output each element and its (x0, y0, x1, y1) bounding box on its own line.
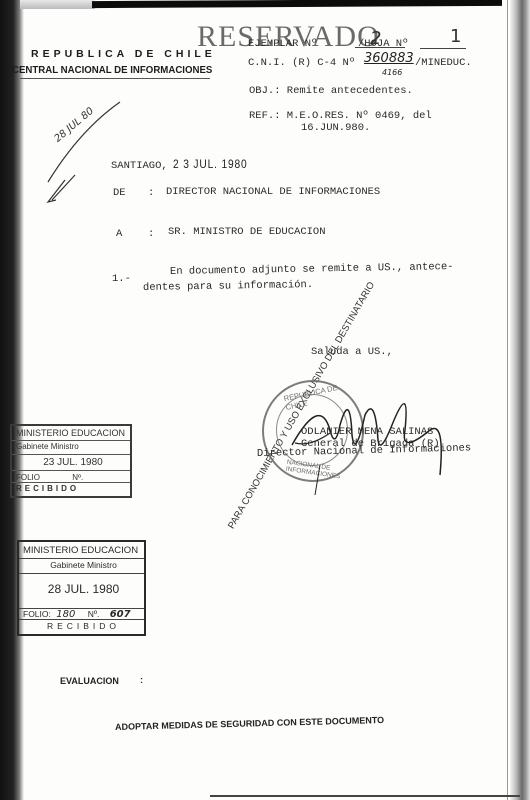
stamp2-folio-label: FOLIO: (23, 609, 51, 619)
paragraph-number: 1.- (112, 273, 131, 285)
from-colon: : (148, 187, 154, 199)
hoja-label: /HOJA Nº (358, 38, 408, 50)
cni-ref-subnumber: 4166 (382, 68, 402, 77)
subject-ref-line2: 16.JUN.980. (301, 122, 370, 134)
to-label: A (116, 228, 122, 240)
security-notice: ADOPTAR MEDIDAS DE SEGURIDAD CON ESTE DO… (115, 715, 384, 732)
hoja-value: 1 (450, 26, 461, 47)
paragraph-line-2: dentes para su información. (143, 279, 313, 294)
signatory-name: ODLANIER MENA SALINAS (301, 426, 433, 438)
stamp1-folio: FOLIO Nº. (12, 473, 130, 483)
place: SANTIAGO, (111, 160, 168, 172)
letterhead-rule (20, 78, 210, 79)
stamp2-ministry: MINISTERIO EDUCACION (19, 545, 144, 559)
scan-top-shadow (20, 0, 95, 9)
stamp1-date: 23 JUL. 1980 (12, 457, 130, 471)
stamp2-status: RECIBIDO (19, 621, 144, 632)
stamp2-date: 28 JUL. 1980 (19, 582, 144, 598)
from-label: DE (113, 187, 126, 199)
stamp1-office: Gabinete Ministro (12, 442, 130, 455)
letterhead-country: REPUBLICA DE CHILE (31, 48, 216, 60)
stamp1-status: RECIBIDO (12, 484, 130, 494)
letterhead-agency: CENTRAL NACIONAL DE INFORMACIONES (12, 64, 212, 76)
stamp2-folio: FOLIO: 180 Nº. 607 (19, 608, 144, 620)
stamp2-number-value: 607 (110, 609, 131, 620)
paragraph-line-1: En documento adjunto se remite a US., an… (170, 261, 454, 278)
hoja-underline (420, 48, 466, 49)
cni-ref-label: C.N.I. (R) C-4 Nº (248, 57, 355, 69)
date-stamp: 2 3 JUL. 1980 (173, 157, 248, 171)
stamp2-office: Gabinete Ministro (19, 560, 144, 574)
evaluation-colon: : (140, 675, 143, 685)
stamp1-ministry: MINISTERIO EDUCACION (12, 428, 130, 441)
stamp1-number-label: Nº. (72, 473, 83, 482)
page-bottom-edge (210, 795, 520, 797)
evaluation-label: EVALUACION (60, 676, 119, 686)
subject-ref-line1: REF.: M.E.O.RES. Nº 0469, del (249, 110, 432, 122)
received-stamp-1: MINISTERIO EDUCACION Gabinete Ministro 2… (10, 424, 132, 498)
scan-top-bar (92, 0, 502, 8)
stamp2-number-label: Nº. (88, 609, 100, 619)
page-edge-line (507, 0, 508, 800)
stamp2-folio-value: 180 (56, 609, 75, 620)
subject-obj: OBJ.: Remite antecedentes. (249, 85, 413, 97)
from-value: DIRECTOR NACIONAL DE INFORMACIONES (166, 186, 380, 198)
cni-ref-number: 360883 (364, 51, 414, 66)
scan-right-edge (510, 0, 530, 800)
to-colon: : (148, 228, 154, 240)
to-value: SR. MINISTRO DE EDUCACION (168, 226, 326, 238)
cni-ref-suffix: /MINEDUC. (415, 57, 472, 69)
ejemplar-label: EJEMPLAR Nº (248, 38, 317, 50)
stamp1-folio-label: FOLIO (16, 473, 40, 482)
received-stamp-2: MINISTERIO EDUCACION Gabinete Ministro 2… (17, 540, 146, 636)
